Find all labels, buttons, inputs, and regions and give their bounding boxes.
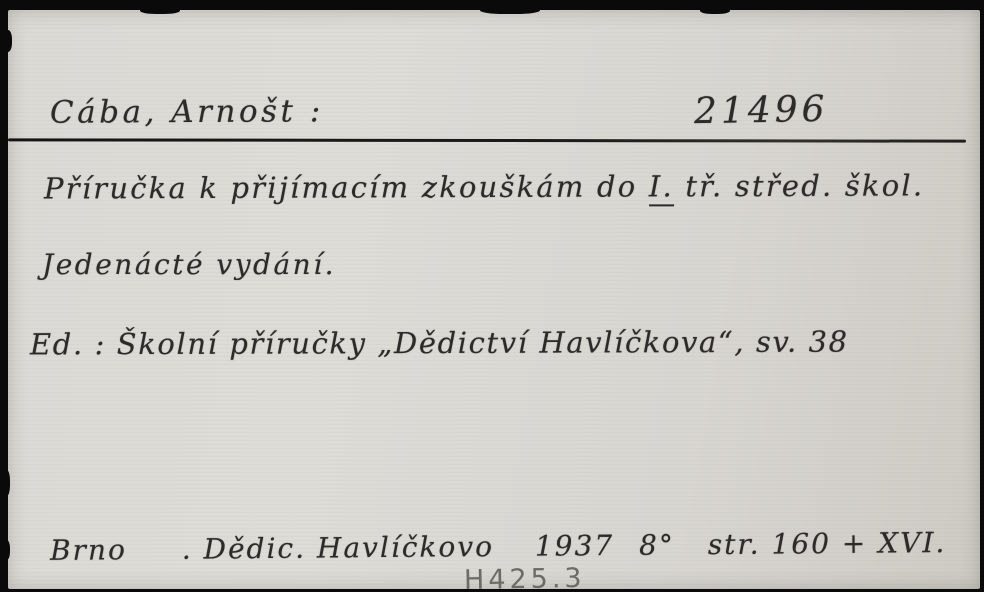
scan-edge-artifact [2, 540, 10, 560]
scan-edge-artifact [2, 470, 10, 496]
scan-edge-artifact [700, 6, 730, 14]
imprint-publisher: . Dědic. Havlíčkovo [182, 530, 494, 566]
title-text-before: Příručka k přijímacím zkouškám do [44, 169, 649, 205]
imprint-format: 8° [639, 528, 675, 561]
heading-rule [8, 138, 966, 142]
edition-line: Jedenácté vydání. [42, 248, 336, 281]
scan-edge-artifact [140, 6, 180, 14]
title-line: Příručka k přijímacím zkouškám do I. tř.… [44, 168, 924, 205]
call-number: 21496 [694, 89, 829, 132]
imprint-pages: str. 160 + XVI. [708, 526, 947, 561]
imprint-place: Brno [50, 533, 127, 567]
scan-edge-artifact [480, 5, 540, 14]
pencil-call-number: H425.3 [464, 563, 586, 592]
catalog-card-scan: Cába, Arnošt : 21496 Příručka k přijímac… [0, 0, 984, 592]
scan-edge-artifact [2, 30, 12, 52]
imprint-year: 1937 [535, 529, 615, 563]
title-roman-numeral-underlined: I. [649, 169, 674, 206]
catalog-card: Cába, Arnošt : 21496 Příručka k přijímac… [8, 10, 980, 589]
series-line: Ed. : Školní příručky „Dědictví Havlíčko… [30, 325, 849, 362]
imprint-line: Brno . Dědic. Havlíčkovo 1937 8° str. 16… [50, 526, 947, 567]
author-heading: Cába, Arnošt : [50, 93, 324, 130]
title-text-after: tř. střed. škol. [674, 168, 924, 203]
